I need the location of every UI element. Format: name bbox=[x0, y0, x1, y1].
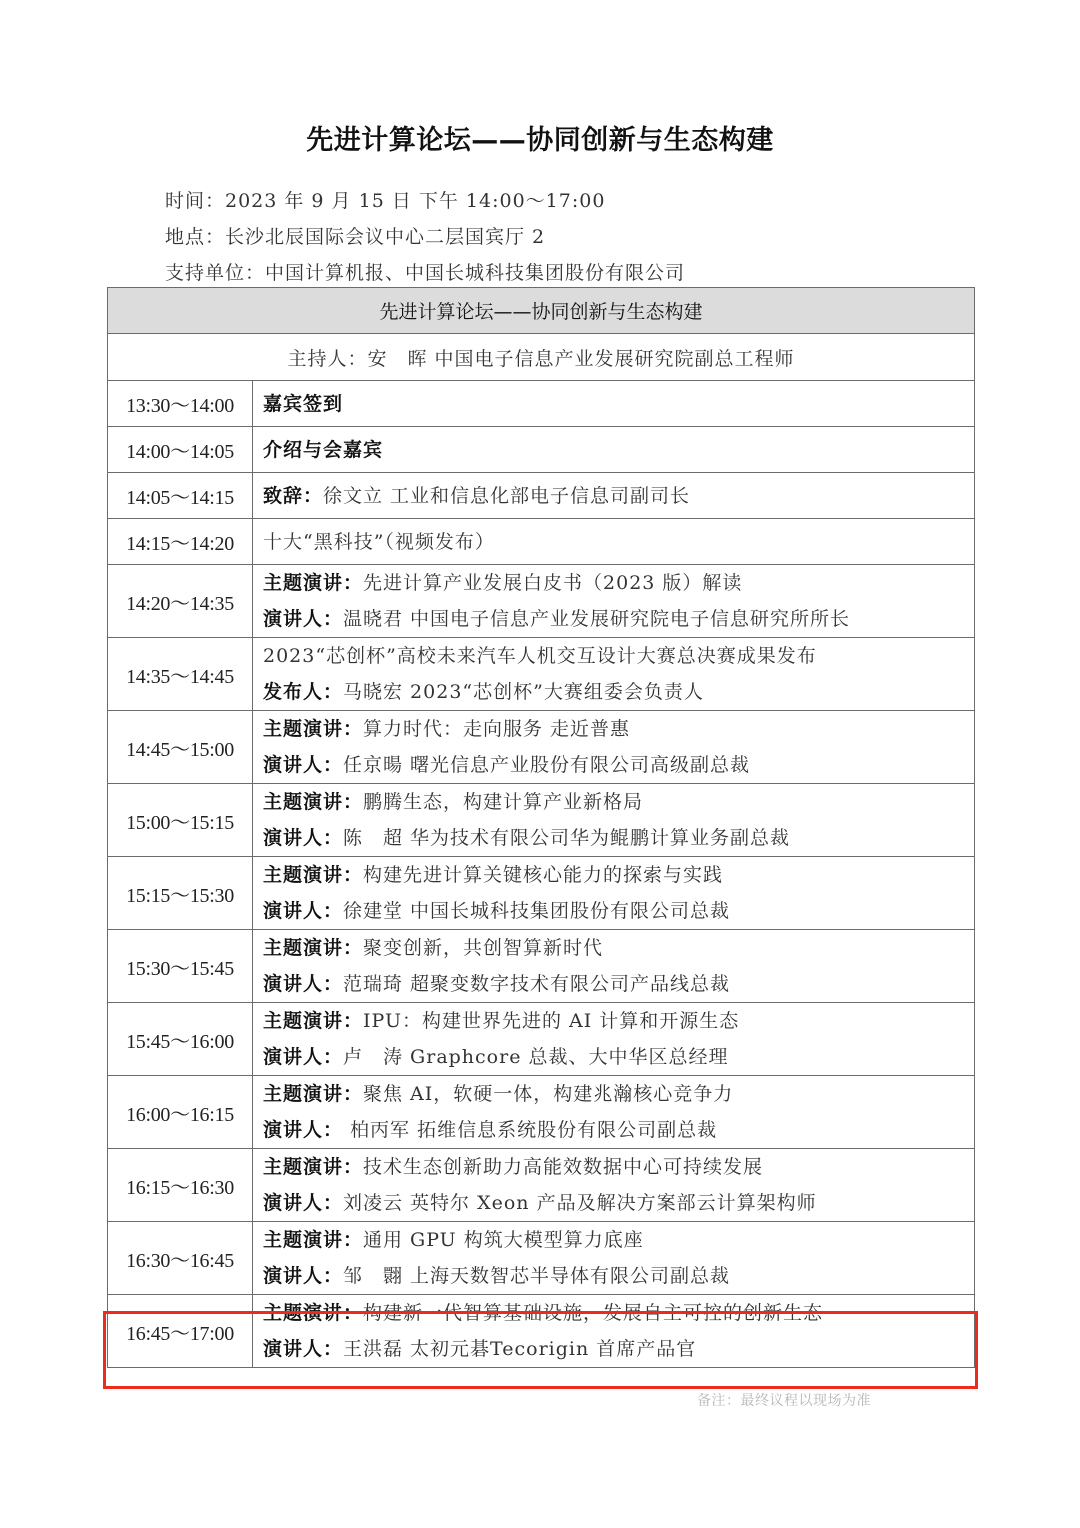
session-speaker-label: 演讲人： bbox=[263, 608, 343, 630]
session-content: 主题演讲：聚焦 AI，软硬一体，构建兆瀚核心竞争力演讲人： 柏丙军 拓维信息系统… bbox=[253, 1076, 975, 1149]
session-speaker-text: 柏丙军 拓维信息系统股份有限公司副总裁 bbox=[343, 1119, 717, 1141]
session-speaker: 演讲人：范瑞琦 超聚变数字技术有限公司产品线总裁 bbox=[263, 966, 974, 1002]
session-content: 嘉宾签到 bbox=[253, 381, 975, 427]
session-speaker: 演讲人：卢 涛 Graphcore 总裁、大中华区总经理 bbox=[263, 1039, 974, 1075]
session-speaker-label: 演讲人： bbox=[263, 1192, 343, 1214]
session-time: 14:00～14:05 bbox=[108, 427, 253, 473]
session-speaker-text: 王洪磊 太初元碁Tecorigin 首席产品官 bbox=[343, 1338, 696, 1360]
session-speaker: 演讲人：刘凌云 英特尔 Xeon 产品及解决方案部云计算架构师 bbox=[263, 1185, 974, 1221]
session-speaker-label: 演讲人： bbox=[263, 1046, 343, 1068]
session-content: 主题演讲：构建先进计算关键核心能力的探索与实践演讲人：徐建堂 中国长城科技集团股… bbox=[253, 857, 975, 930]
session-topic-label: 主题演讲： bbox=[263, 1156, 363, 1178]
session-time: 16:15～16:30 bbox=[108, 1149, 253, 1222]
session-time: 14:05～14:15 bbox=[108, 473, 253, 519]
session-topic-text: 2023“芯创杯”高校未来汽车人机交互设计大赛总决赛成果发布 bbox=[263, 645, 817, 667]
session-topic-text: 构建新一代智算基础设施，发展自主可控的创新生态 bbox=[363, 1302, 823, 1324]
session-speaker-text: 陈 超 华为技术有限公司华为鲲鹏计算业务副总裁 bbox=[343, 827, 790, 849]
table-row: 14:00～14:05介绍与会嘉宾 bbox=[108, 427, 975, 473]
session-speaker: 演讲人： 柏丙军 拓维信息系统股份有限公司副总裁 bbox=[263, 1112, 974, 1148]
session-topic: 主题演讲：构建新一代智算基础设施，发展自主可控的创新生态 bbox=[263, 1295, 974, 1331]
session-topic: 主题演讲：聚变创新，共创智算新时代 bbox=[263, 930, 974, 966]
table-row: 16:30～16:45主题演讲：通用 GPU 构筑大模型算力底座演讲人：邹 翾 … bbox=[108, 1222, 975, 1295]
session-speaker-text: 邹 翾 上海天数智芯半导体有限公司副总裁 bbox=[343, 1265, 730, 1287]
session-speaker-text: 卢 涛 Graphcore 总裁、大中华区总经理 bbox=[343, 1046, 728, 1068]
session-speaker: 演讲人：邹 翾 上海天数智芯半导体有限公司副总裁 bbox=[263, 1258, 974, 1294]
session-topic: 致辞：徐文立 工业和信息化部电子信息司副司长 bbox=[263, 478, 974, 514]
session-topic-text: 技术生态创新助力高能效数据中心可持续发展 bbox=[363, 1156, 763, 1178]
session-content: 致辞：徐文立 工业和信息化部电子信息司副司长 bbox=[253, 473, 975, 519]
session-speaker-text: 刘凌云 英特尔 Xeon 产品及解决方案部云计算架构师 bbox=[343, 1192, 817, 1214]
session-speaker-text: 马晓宏 2023“芯创杯”大赛组委会负责人 bbox=[343, 681, 704, 703]
session-topic: 主题演讲：鹏腾生态，构建计算产业新格局 bbox=[263, 784, 974, 820]
session-speaker: 演讲人：温晓君 中国电子信息产业发展研究院电子信息研究所所长 bbox=[263, 601, 974, 637]
agenda-table: 先进计算论坛——协同创新与生态构建 主持人：安 晖 中国电子信息产业发展研究院副… bbox=[107, 287, 975, 1368]
session-time: 15:45～16:00 bbox=[108, 1003, 253, 1076]
session-content: 主题演讲：构建新一代智算基础设施，发展自主可控的创新生态演讲人：王洪磊 太初元碁… bbox=[253, 1295, 975, 1368]
session-topic-text: 通用 GPU 构筑大模型算力底座 bbox=[363, 1229, 644, 1251]
session-speaker-text: 范瑞琦 超聚变数字技术有限公司产品线总裁 bbox=[343, 973, 730, 995]
session-topic: 介绍与会嘉宾 bbox=[263, 432, 974, 468]
session-topic-label: 介绍与会嘉宾 bbox=[263, 439, 383, 461]
session-speaker-label: 演讲人： bbox=[263, 973, 343, 995]
session-topic-text: 徐文立 工业和信息化部电子信息司副司长 bbox=[323, 485, 690, 507]
session-content: 十大“黑科技”（视频发布） bbox=[253, 519, 975, 565]
session-topic-text: 聚变创新，共创智算新时代 bbox=[363, 937, 603, 959]
table-row: 14:15～14:20十大“黑科技”（视频发布） bbox=[108, 519, 975, 565]
session-topic: 主题演讲：聚焦 AI，软硬一体，构建兆瀚核心竞争力 bbox=[263, 1076, 974, 1112]
session-speaker: 演讲人：陈 超 华为技术有限公司华为鲲鹏计算业务副总裁 bbox=[263, 820, 974, 856]
session-speaker-label: 演讲人： bbox=[263, 754, 343, 776]
table-row: 16:45～17:00主题演讲：构建新一代智算基础设施，发展自主可控的创新生态演… bbox=[108, 1295, 975, 1368]
table-header-title: 先进计算论坛——协同创新与生态构建 bbox=[108, 288, 975, 334]
session-content: 主题演讲：技术生态创新助力高能效数据中心可持续发展演讲人：刘凌云 英特尔 Xeo… bbox=[253, 1149, 975, 1222]
session-topic-text: 先进计算产业发展白皮书（2023 版）解读 bbox=[363, 572, 742, 594]
session-time: 16:45～17:00 bbox=[108, 1295, 253, 1368]
session-time: 16:30～16:45 bbox=[108, 1222, 253, 1295]
session-speaker: 演讲人：王洪磊 太初元碁Tecorigin 首席产品官 bbox=[263, 1331, 974, 1367]
footnote: 备注：最终议程以现场为准 bbox=[697, 1390, 871, 1410]
table-row: 14:20～14:35主题演讲：先进计算产业发展白皮书（2023 版）解读演讲人… bbox=[108, 565, 975, 638]
session-speaker-text: 温晓君 中国电子信息产业发展研究院电子信息研究所所长 bbox=[343, 608, 850, 630]
session-time: 16:00～16:15 bbox=[108, 1076, 253, 1149]
session-content: 介绍与会嘉宾 bbox=[253, 427, 975, 473]
session-topic-text: IPU：构建世界先进的 AI 计算和开源生态 bbox=[363, 1010, 739, 1032]
session-topic-label: 主题演讲： bbox=[263, 791, 363, 813]
session-topic-text: 算力时代：走向服务 走近普惠 bbox=[363, 718, 630, 740]
session-speaker-label: 演讲人： bbox=[263, 900, 343, 922]
session-content: 主题演讲：通用 GPU 构筑大模型算力底座演讲人：邹 翾 上海天数智芯半导体有限… bbox=[253, 1222, 975, 1295]
session-time: 15:30～15:45 bbox=[108, 930, 253, 1003]
table-header-row: 先进计算论坛——协同创新与生态构建 bbox=[108, 288, 975, 334]
session-time: 15:15～15:30 bbox=[108, 857, 253, 930]
session-speaker: 演讲人：徐建堂 中国长城科技集团股份有限公司总裁 bbox=[263, 893, 974, 929]
session-content: 主题演讲：先进计算产业发展白皮书（2023 版）解读演讲人：温晓君 中国电子信息… bbox=[253, 565, 975, 638]
session-topic-label: 致辞： bbox=[263, 485, 323, 507]
document-title: 先进计算论坛——协同创新与生态构建 bbox=[0, 118, 1080, 157]
host-row: 主持人：安 晖 中国电子信息产业发展研究院副总工程师 bbox=[108, 334, 975, 381]
session-topic-label: 主题演讲： bbox=[263, 1229, 363, 1251]
table-row: 15:30～15:45主题演讲：聚变创新，共创智算新时代演讲人：范瑞琦 超聚变数… bbox=[108, 930, 975, 1003]
session-speaker-label: 演讲人： bbox=[263, 1265, 343, 1287]
table-row: 16:00～16:15主题演讲：聚焦 AI，软硬一体，构建兆瀚核心竞争力演讲人：… bbox=[108, 1076, 975, 1149]
session-speaker: 演讲人：任京暘 曙光信息产业股份有限公司高级副总裁 bbox=[263, 747, 974, 783]
session-time: 14:15～14:20 bbox=[108, 519, 253, 565]
session-speaker-label: 发布人： bbox=[263, 681, 343, 703]
session-topic-text: 十大“黑科技”（视频发布） bbox=[263, 531, 495, 553]
host-info: 主持人：安 晖 中国电子信息产业发展研究院副总工程师 bbox=[108, 334, 975, 381]
session-speaker-text: 任京暘 曙光信息产业股份有限公司高级副总裁 bbox=[343, 754, 750, 776]
table-row: 15:45～16:00主题演讲：IPU：构建世界先进的 AI 计算和开源生态演讲… bbox=[108, 1003, 975, 1076]
session-time: 13:30～14:00 bbox=[108, 381, 253, 427]
session-speaker-label: 演讲人： bbox=[263, 827, 343, 849]
session-topic-label: 嘉宾签到 bbox=[263, 393, 343, 415]
session-content: 主题演讲：算力时代：走向服务 走近普惠演讲人：任京暘 曙光信息产业股份有限公司高… bbox=[253, 711, 975, 784]
session-speaker-label: 演讲人： bbox=[263, 1119, 343, 1141]
table-row: 15:15～15:30主题演讲：构建先进计算关键核心能力的探索与实践演讲人：徐建… bbox=[108, 857, 975, 930]
event-time: 时间：2023 年 9 月 15 日 下午 14:00～17:00 bbox=[165, 186, 605, 213]
session-topic-label: 主题演讲： bbox=[263, 1302, 363, 1324]
session-topic: 主题演讲：构建先进计算关键核心能力的探索与实践 bbox=[263, 857, 974, 893]
table-row: 16:15～16:30主题演讲：技术生态创新助力高能效数据中心可持续发展演讲人：… bbox=[108, 1149, 975, 1222]
session-topic: 十大“黑科技”（视频发布） bbox=[263, 524, 974, 560]
session-topic: 主题演讲：算力时代：走向服务 走近普惠 bbox=[263, 711, 974, 747]
session-topic-label: 主题演讲： bbox=[263, 1010, 363, 1032]
session-topic-label: 主题演讲： bbox=[263, 937, 363, 959]
session-topic-text: 鹏腾生态，构建计算产业新格局 bbox=[363, 791, 643, 813]
session-topic-label: 主题演讲： bbox=[263, 718, 363, 740]
session-time: 14:20～14:35 bbox=[108, 565, 253, 638]
session-topic-label: 主题演讲： bbox=[263, 572, 363, 594]
session-topic-text: 构建先进计算关键核心能力的探索与实践 bbox=[363, 864, 723, 886]
session-topic: 主题演讲：先进计算产业发展白皮书（2023 版）解读 bbox=[263, 565, 974, 601]
session-speaker: 发布人：马晓宏 2023“芯创杯”大赛组委会负责人 bbox=[263, 674, 974, 710]
session-content: 主题演讲：聚变创新，共创智算新时代演讲人：范瑞琦 超聚变数字技术有限公司产品线总… bbox=[253, 930, 975, 1003]
event-supporters: 支持单位：中国计算机报、中国长城科技集团股份有限公司 bbox=[165, 258, 685, 285]
session-time: 15:00～15:15 bbox=[108, 784, 253, 857]
session-topic-label: 主题演讲： bbox=[263, 1083, 363, 1105]
session-topic-label: 主题演讲： bbox=[263, 864, 363, 886]
session-topic: 主题演讲：通用 GPU 构筑大模型算力底座 bbox=[263, 1222, 974, 1258]
table-row: 15:00～15:15主题演讲：鹏腾生态，构建计算产业新格局演讲人：陈 超 华为… bbox=[108, 784, 975, 857]
session-topic: 嘉宾签到 bbox=[263, 386, 974, 422]
session-content: 2023“芯创杯”高校未来汽车人机交互设计大赛总决赛成果发布发布人：马晓宏 20… bbox=[253, 638, 975, 711]
event-location: 地点：长沙北辰国际会议中心二层国宾厅 2 bbox=[165, 222, 545, 249]
table-row: 13:30～14:00嘉宾签到 bbox=[108, 381, 975, 427]
session-topic: 2023“芯创杯”高校未来汽车人机交互设计大赛总决赛成果发布 bbox=[263, 638, 974, 674]
session-speaker-text: 徐建堂 中国长城科技集团股份有限公司总裁 bbox=[343, 900, 730, 922]
session-topic: 主题演讲：IPU：构建世界先进的 AI 计算和开源生态 bbox=[263, 1003, 974, 1039]
session-topic: 主题演讲：技术生态创新助力高能效数据中心可持续发展 bbox=[263, 1149, 974, 1185]
session-speaker-label: 演讲人： bbox=[263, 1338, 343, 1360]
table-row: 14:45～15:00主题演讲：算力时代：走向服务 走近普惠演讲人：任京暘 曙光… bbox=[108, 711, 975, 784]
session-topic-text: 聚焦 AI，软硬一体，构建兆瀚核心竞争力 bbox=[363, 1083, 733, 1105]
session-time: 14:45～15:00 bbox=[108, 711, 253, 784]
table-row: 14:05～14:15致辞：徐文立 工业和信息化部电子信息司副司长 bbox=[108, 473, 975, 519]
session-content: 主题演讲：IPU：构建世界先进的 AI 计算和开源生态演讲人：卢 涛 Graph… bbox=[253, 1003, 975, 1076]
table-row: 14:35～14:452023“芯创杯”高校未来汽车人机交互设计大赛总决赛成果发… bbox=[108, 638, 975, 711]
session-content: 主题演讲：鹏腾生态，构建计算产业新格局演讲人：陈 超 华为技术有限公司华为鲲鹏计… bbox=[253, 784, 975, 857]
session-time: 14:35～14:45 bbox=[108, 638, 253, 711]
